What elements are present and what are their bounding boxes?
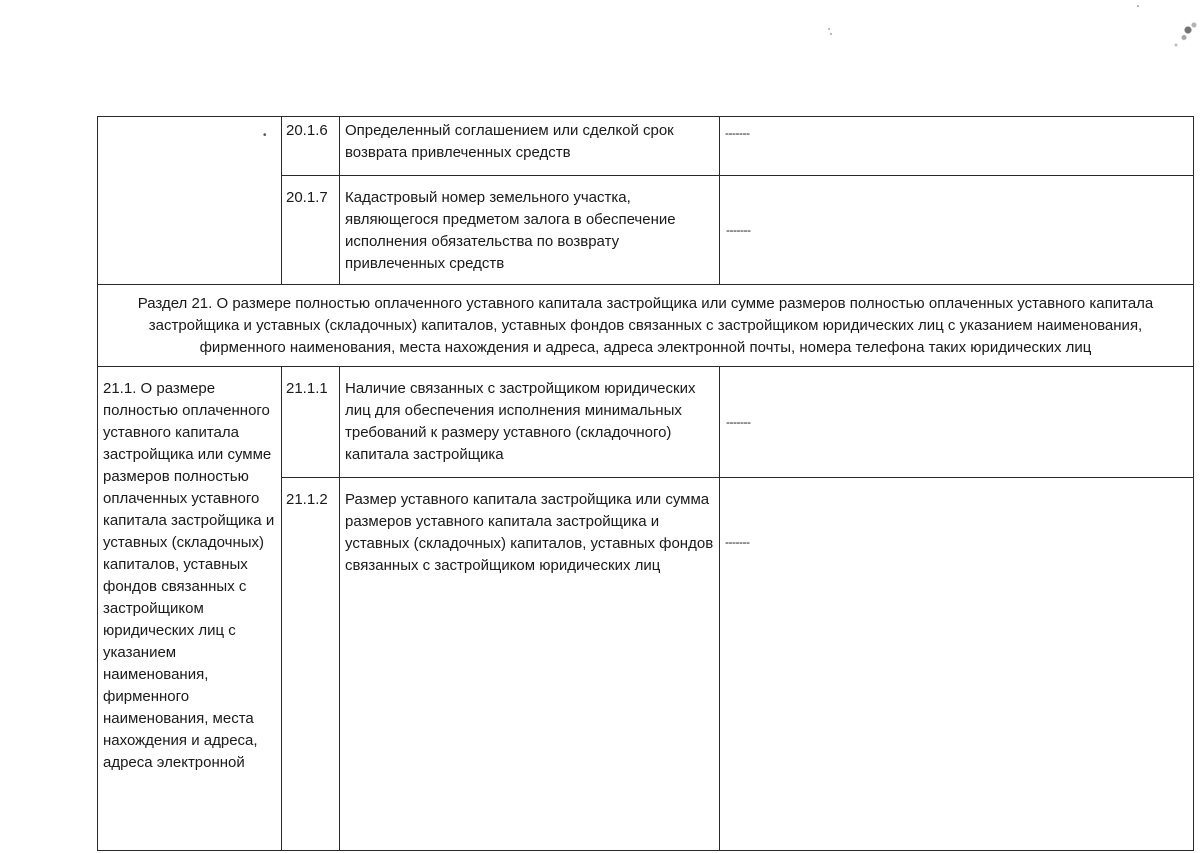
table-row: 20.1.6 Определенный соглашением или сдел… <box>98 117 1194 176</box>
table-row: 21.1. О размере полностью оплаченного ус… <box>98 367 1194 478</box>
row-description: Наличие связанных с застройщиком юридиче… <box>340 367 720 478</box>
row-description: Размер уставного капитала застройщика ил… <box>340 478 720 851</box>
empty-value-dash: ------- <box>726 415 750 429</box>
row-code: 20.1.6 <box>282 117 340 176</box>
scan-artifact <box>1137 5 1139 7</box>
row-description: Определенный соглашением или сделкой сро… <box>340 117 720 176</box>
disclosure-table: 20.1.6 Определенный соглашением или сдел… <box>97 116 1194 851</box>
group-label-21-1: 21.1. О размере полностью оплаченного ус… <box>98 367 282 851</box>
scan-artifact <box>830 33 832 35</box>
scan-artifact <box>1160 10 1200 60</box>
empty-value-dash: ------- <box>725 126 749 140</box>
empty-value-dash: ------- <box>725 535 749 549</box>
row-value: ------- <box>720 367 1194 478</box>
row-code: 21.1.2 <box>282 478 340 851</box>
scan-artifact <box>828 28 830 30</box>
row-code: 21.1.1 <box>282 367 340 478</box>
group-cell-empty <box>98 117 282 285</box>
scanned-page: • 20.1.6 Определенный соглашением или сд… <box>0 0 1200 853</box>
row-code: 20.1.7 <box>282 176 340 285</box>
empty-value-dash: ------- <box>726 223 750 237</box>
row-description: Кадастровый номер земельного участка, яв… <box>340 176 720 285</box>
row-value: ------- <box>720 176 1194 285</box>
section-header-row: Раздел 21. О размере полностью оплаченно… <box>98 285 1194 367</box>
row-value: ------- <box>720 478 1194 851</box>
section-21-header: Раздел 21. О размере полностью оплаченно… <box>98 285 1194 367</box>
row-value: ------- <box>720 117 1194 176</box>
